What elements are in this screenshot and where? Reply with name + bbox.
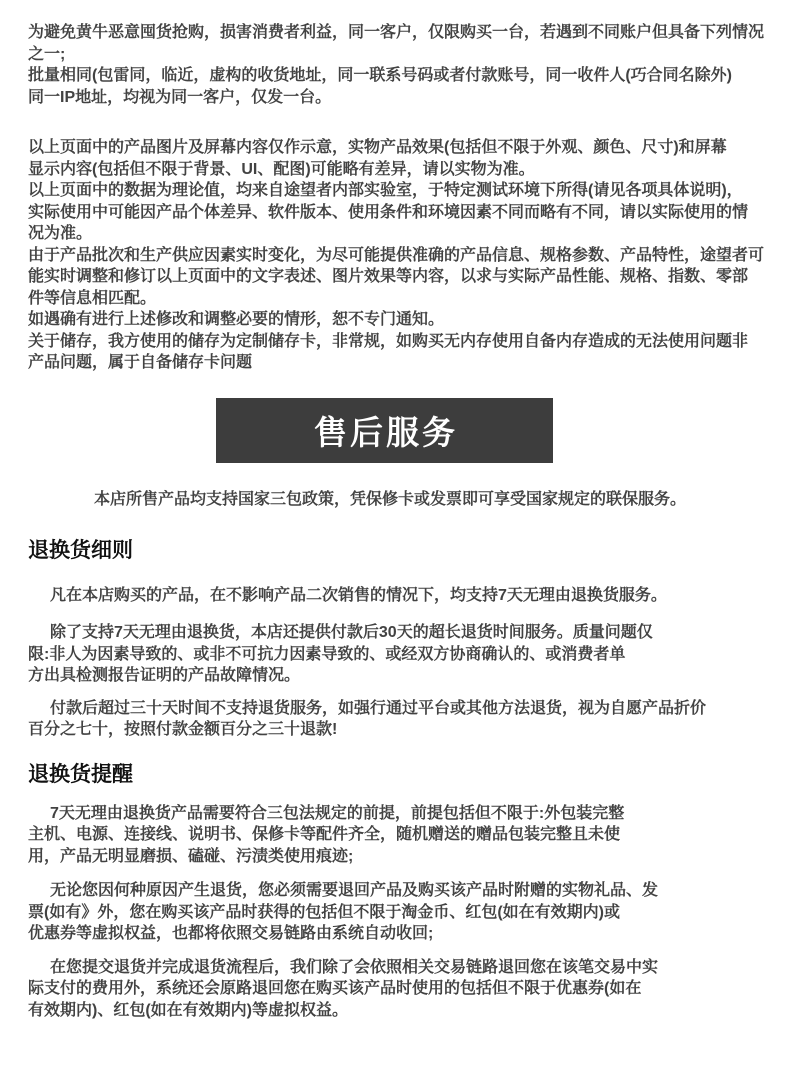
paragraph-line: 7天无理由退换货产品需要符合三包法规定的前提，前提包括但不限于:外包装完整	[28, 803, 766, 825]
disclaimer-line: 产品问题，属于自备储存卡问题	[28, 352, 766, 374]
disclaimer-line: 以上页面中的数据为理论值，均来自途望者内部实验室，于特定测试环境下所得(请见各项…	[28, 180, 766, 202]
return-rules-heading: 退换货细则	[28, 539, 766, 563]
product-detail-page: 为避免黄牛恶意囤货抢购，损害消费者利益，同一客户，仅限购买一台，若遇到不同账户但…	[0, 0, 790, 1076]
return-rules-paragraph: 除了支持7天无理由退换货，本店还提供付款后30天的超长退货时间服务。质量问题仅 …	[28, 622, 766, 687]
notice-line: 之一;	[28, 44, 766, 66]
paragraph-line: 优惠券等虚拟权益，也都将依照交易链路由系统自动收回;	[28, 923, 766, 945]
paragraph-line: 无论您因何种原因产生退货，您必须需要退回产品及购买该产品时附赠的实物礼品、发	[28, 880, 766, 902]
disclaimer-line: 实际使用中可能因产品个体差异、软件版本、使用条件和环境因素不同而略有不同，请以实…	[28, 202, 766, 224]
banner-title: 售后服务	[311, 407, 458, 454]
return-reminder-heading: 退换货提醒	[28, 763, 766, 787]
return-reminder-paragraph: 7天无理由退换货产品需要符合三包法规定的前提，前提包括但不限于:外包装完整 主机…	[28, 803, 766, 868]
purchase-limit-notice: 为避免黄牛恶意囤货抢购，损害消费者利益，同一客户，仅限购买一台，若遇到不同账户但…	[28, 22, 766, 108]
paragraph-line: 主机、电源、连接线、说明书、保修卡等配件齐全，随机赠送的赠品包装完整且未使	[28, 824, 766, 846]
disclaimer-line: 关于储存，我方使用的储存为定制储存卡，非常规，如购买无内存使用自备内存造成的无法…	[28, 331, 766, 353]
return-rules-paragraph: 付款后超过三十天时间不支持退货服务，如强行通过平台或其他方法退货，视为自愿产品折…	[28, 698, 766, 741]
disclaimer-line: 能实时调整和修订以上页面中的文字表述、图片效果等内容，以求与实际产品性能、规格、…	[28, 266, 766, 288]
disclaimer-line: 由于产品批次和生产供应因素实时变化，为尽可能提供准确的产品信息、规格参数、产品特…	[28, 245, 766, 267]
paragraph-line: 际支付的费用外，系统还会原路退回您在购买该产品时使用的包括但不限于优惠券(如在	[28, 978, 766, 1000]
paragraph-line: 凡在本店购买的产品，在不影响产品二次销售的情况下，均支持7天无理由退换货服务。	[28, 585, 766, 607]
paragraph-line: 方出具检测报告证明的产品故障情况。	[28, 665, 766, 687]
product-disclaimer: 以上页面中的产品图片及屏幕内容仅作示意，实物产品效果(包括但不限于外观、颜色、尺…	[28, 137, 766, 374]
return-rules-paragraph: 凡在本店购买的产品，在不影响产品二次销售的情况下，均支持7天无理由退换货服务。	[28, 585, 766, 607]
paragraph-line: 付款后超过三十天时间不支持退货服务，如强行通过平台或其他方法退货，视为自愿产品折…	[28, 698, 766, 720]
disclaimer-line: 况为准。	[28, 223, 766, 245]
disclaimer-line: 以上页面中的产品图片及屏幕内容仅作示意，实物产品效果(包括但不限于外观、颜色、尺…	[28, 137, 766, 159]
disclaimer-line: 件等信息相匹配。	[28, 288, 766, 310]
notice-line: 批量相同(包雷同，临近，虚构的收货地址，同一联系号码或者付款账号，同一收件人(巧…	[28, 65, 766, 87]
after-sales-service-banner: 售后服务	[216, 398, 553, 463]
paragraph-line: 百分之七十，按照付款金额百分之三十退款!	[28, 719, 766, 741]
paragraph-line: 票(如有》外，您在购买该产品时获得的包括但不限于淘金币、红包(如在有效期内)或	[28, 902, 766, 924]
page-content: 为避免黄牛恶意囤货抢购，损害消费者利益，同一客户，仅限购买一台，若遇到不同账户但…	[0, 0, 790, 1021]
paragraph-line: 在您提交退货并完成退货流程后，我们除了会依照相关交易链路退回您在该笔交易中实	[28, 957, 766, 979]
paragraph-line: 有效期内)、红包(如在有效期内)等虚拟权益。	[28, 1000, 766, 1022]
paragraph-line: 限:非人为因素导致的、或非不可抗力因素导致的、或经双方协商确认的、或消费者单	[28, 644, 766, 666]
disclaimer-line: 如遇确有进行上述修改和调整必要的情形，恕不专门通知。	[28, 309, 766, 331]
notice-line: 同一IP地址，均视为同一客户，仅发一台。	[28, 87, 766, 109]
notice-line: 为避免黄牛恶意囤货抢购，损害消费者利益，同一客户，仅限购买一台，若遇到不同账户但…	[28, 22, 766, 44]
return-reminder-paragraph: 在您提交退货并完成退货流程后，我们除了会依照相关交易链路退回您在该笔交易中实 际…	[28, 957, 766, 1022]
warranty-intro: 本店所售产品均支持国家三包政策，凭保修卡或发票即可享受国家规定的联保服务。	[14, 489, 766, 511]
return-reminder-paragraph: 无论您因何种原因产生退货，您必须需要退回产品及购买该产品时附赠的实物礼品、发 票…	[28, 880, 766, 945]
disclaimer-line: 显示内容(包括但不限于背景、UI、配图)可能略有差异，请以实物为准。	[28, 159, 766, 181]
paragraph-line: 除了支持7天无理由退换货，本店还提供付款后30天的超长退货时间服务。质量问题仅	[28, 622, 766, 644]
paragraph-line: 用，产品无明显磨损、磕碰、污渍类使用痕迹;	[28, 846, 766, 868]
